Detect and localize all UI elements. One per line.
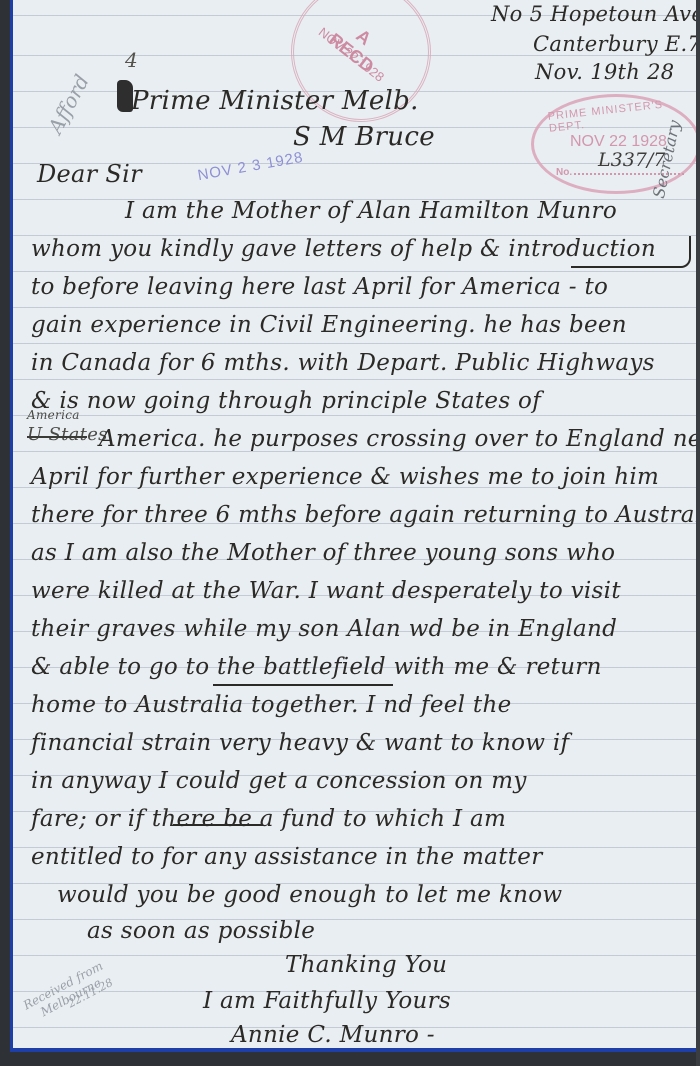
- body-line-7: America. he purposes crossing over to En…: [99, 426, 696, 452]
- to-which-underline: [173, 824, 263, 826]
- pencil-note-received: Received from Melbourne 22.11.28: [21, 959, 118, 1036]
- strikethrough-line: [27, 436, 87, 438]
- address-line-1: No 5 Hopetoun Ave: [491, 2, 696, 26]
- body-line-1: I am the Mother of Alan Hamilton Munro: [125, 198, 617, 224]
- body-line-19: would you be good enough to let me know: [57, 882, 562, 908]
- pencil-note-top-left: Afford: [43, 71, 94, 138]
- recipient-line-2: S M Bruce: [293, 122, 435, 152]
- body-line-3: to before leaving here last April for Am…: [31, 274, 608, 300]
- scan-edge: [696, 0, 700, 1066]
- body-line-8: April for further experience & wishes me…: [31, 464, 659, 490]
- blue-date-stamp: NOV 2 3 1928: [196, 149, 304, 184]
- body-line-20: as soon as possible: [87, 918, 315, 944]
- struck-word: U States: [27, 424, 108, 445]
- salutation: Dear Sir: [37, 160, 142, 188]
- address-line-2: Canterbury E.7: [533, 32, 696, 56]
- body-line-12: their graves while my son Alan wd be in …: [31, 616, 617, 642]
- pm-dept-number-label: No.: [556, 167, 572, 178]
- inserted-word: America: [27, 408, 80, 422]
- body-line-17: fare; or if there be a fund to which I a…: [31, 806, 506, 832]
- body-line-2: whom you kindly gave letters of help & i…: [31, 236, 656, 262]
- closing-faithfully: I am Faithfully Yours: [203, 988, 451, 1014]
- ink-note-top-left: 4: [125, 48, 138, 72]
- signature: Annie C. Munro -: [231, 1022, 435, 1048]
- body-line-9: there for three 6 mths before again retu…: [31, 502, 696, 528]
- body-line-11: were killed at the War. I want desperate…: [31, 578, 621, 604]
- recipient-line-1: Prime Minister Melb.: [131, 86, 419, 116]
- introduction-bracket: [571, 236, 691, 268]
- body-line-5: in Canada for 6 mths. with Depart. Publi…: [31, 350, 655, 376]
- letter-page: No 5 Hopetoun Ave Canterbury E.7 Nov. 19…: [10, 0, 696, 1052]
- battlefield-underline: [213, 684, 393, 686]
- body-line-13: & able to go to the battlefield with me …: [31, 654, 602, 680]
- body-line-6: & is now going through principle States …: [31, 388, 541, 414]
- closing-thanks: Thanking You: [285, 952, 447, 978]
- body-line-16: in anyway I could get a concession on my: [31, 768, 527, 794]
- body-line-10: as I am also the Mother of three young s…: [31, 540, 615, 566]
- body-line-18: entitled to for any assistance in the ma…: [31, 844, 542, 870]
- letter-date: Nov. 19th 28: [535, 60, 674, 84]
- body-line-15: financial strain very heavy & want to kn…: [31, 730, 569, 756]
- body-line-14: home to Australia together. I nd feel th…: [31, 692, 512, 718]
- body-line-4: gain experience in Civil Engineering. he…: [31, 312, 627, 338]
